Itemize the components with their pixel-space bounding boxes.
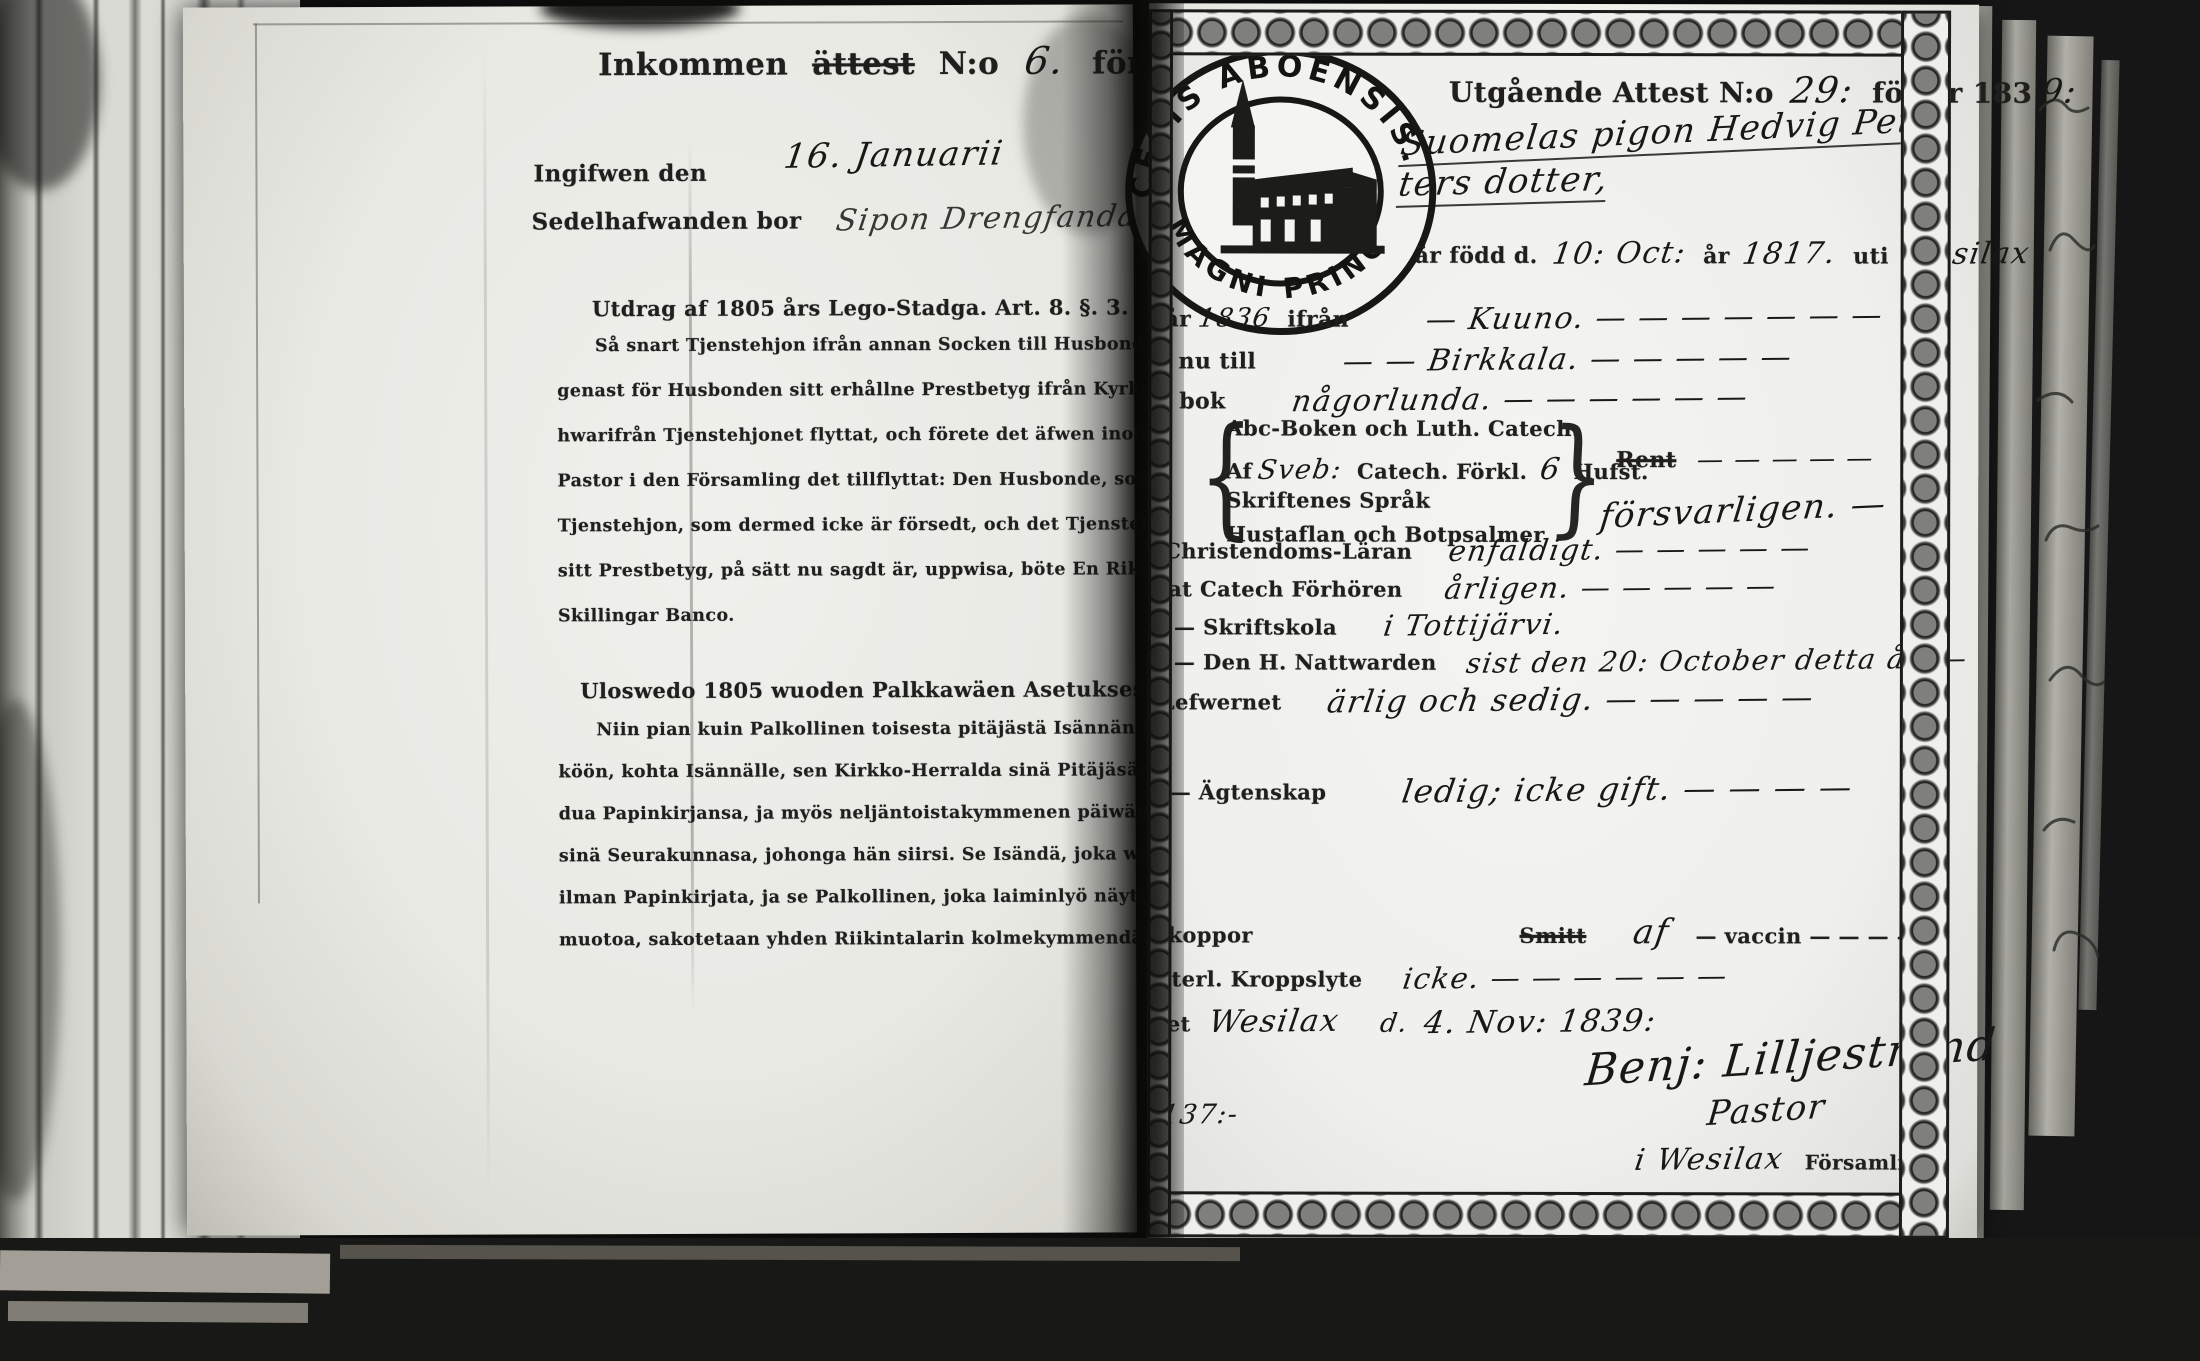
catechism-line2-label2: Catech. Förkl. [1357, 459, 1527, 484]
ornament-border-left [1147, 9, 1173, 1237]
bearer-label: Sedelhafwanden bor [532, 208, 802, 236]
catechism-line2-label: Af [1226, 458, 1252, 483]
received-date-handwritten: 16. Januarii [781, 133, 1006, 176]
paragraph-line: genast för Husbonden sitt erhållne Prest… [557, 379, 1157, 426]
person-name-handwritten: ters dotter, [1396, 159, 1611, 208]
page-edge-crease [128, 0, 142, 1361]
attestation-d-label: d. [1378, 1009, 1410, 1039]
title-no-label: N:o [939, 46, 1000, 82]
received-date-row: Ingifwen den 16. Januarii [533, 149, 1003, 191]
conduct-value-handwritten: ärlig och sedig. — — — — — [1325, 679, 1817, 720]
marital-status-row: — Ägtenskap ledig; icke gift. — — — — [1170, 769, 1853, 808]
left-page: Inkommen ättest N:o 6. för år 18 40 Ingi… [183, 4, 1137, 1235]
attest-title: Utgående Attest N:o 29: för år 183 9: [1449, 70, 2078, 112]
born-date-handwritten: 10: Oct: [1550, 235, 1689, 271]
communion-date-handwritten: sist den 20: October detta år. — [1465, 642, 1971, 680]
page-edge-strip [340, 1245, 1240, 1261]
communion-label: — Den H. Nattwarden [1174, 649, 1437, 674]
smallpox-struck-word: Smitt [1520, 923, 1587, 948]
born-place-label: uti [1853, 244, 1889, 270]
finnish-extract-paragraph: Niin pian kuin Palkollinen toisesta pitä… [558, 718, 1159, 972]
attest-title-label: Utgående Attest N:o [1449, 76, 1774, 110]
confirmation-school-label: — Skriftskola [1174, 614, 1337, 639]
christendom-value-handwritten: enfaldigt. — — — — — [1446, 530, 1813, 568]
swedish-extract-heading: Utdrag af 1805 års Lego-Stadga. Art. 8. … [592, 294, 1129, 321]
moved-to-place-handwritten: — — Birkkala. — — — — — [1340, 340, 1795, 380]
confirmation-school-row: — Skriftskola i Tottijärvi. [1174, 607, 1564, 642]
bearer-row: Sedelhafwanden bor Sipon Drengfanda d. [532, 200, 1180, 237]
moved-to-row: r nu till — — Birkkala. — — — — — [1158, 341, 1791, 377]
parish-row: i Wesilax Församling. [1635, 1142, 1942, 1178]
ornament-border-right [1899, 11, 1951, 1239]
scan-bottom-band [0, 1238, 2200, 1361]
paper-crease [483, 47, 490, 1197]
signature-title-handwritten: Pastor [1705, 1087, 1827, 1135]
title-word: Inkommen [598, 47, 788, 84]
page-edge-crease [160, 0, 166, 1361]
scan-shadow [0, 0, 100, 190]
bodily-defect-label: tterl. Kroppslyte [1161, 966, 1362, 991]
smallpox-row: koppor Smitt af — vaccin — — — — [1167, 911, 1918, 952]
archival-scan: Inkommen ättest N:o 6. för år 18 40 Ingi… [0, 0, 2200, 1361]
bodily-defect-row: tterl. Kroppslyte icke. — — — — — — [1161, 959, 1727, 994]
pastor-title: Pastor [1706, 1087, 1826, 1133]
person-name-line2: ters dotter, [1398, 160, 1608, 206]
parish-handwritten: i Wesilax [1632, 1141, 1786, 1178]
grade-handwritten: försvarligen. — [1598, 484, 1889, 537]
moved-from-row: år 1836 ifrån — Kuuno. — — — — — — — [1165, 299, 1883, 335]
moved-to-label: r nu till [1158, 348, 1256, 374]
paragraph-line: hwarifrån Tjenstehjonet flyttat, och för… [557, 424, 1157, 471]
paragraph-line: sitt Prestbetyg, på sätt nu sagdt är, up… [558, 559, 1158, 606]
marital-status-value-handwritten: ledig; icke gift. — — — — [1400, 768, 1856, 811]
marital-status-label: — Ägtenskap [1170, 779, 1327, 804]
catechism-grade-row: försvarligen. — [1600, 486, 1887, 535]
moved-from-place-handwritten: — Kuuno. — — — — — — — [1423, 298, 1885, 338]
ornament-border-top [1153, 9, 1951, 56]
smallpox-vaccin-label: — vaccin — — — — [1696, 923, 1919, 948]
paragraph-line: Så snart Tjenstehjon ifrån annan Socken … [557, 334, 1157, 381]
scan-shadow [0, 700, 60, 1200]
attest-number-handwritten: 6. [1022, 38, 1068, 83]
catechism-line3: Skriftenes Språk [1226, 487, 1430, 512]
catechism-exams-label: tat Catech Förhören [1158, 576, 1403, 601]
paragraph-line: Pastor i den Församling det tillflyttat:… [557, 469, 1157, 516]
paragraph-line: muotoa, sakotetaan yhden Riikintalarin k… [559, 928, 1159, 972]
christendom-label: Christendoms-Läran [1164, 538, 1412, 563]
reads-in-book-value-handwritten: någorlunda. — — — — — — [1290, 380, 1751, 420]
communion-row: — Den H. Nattwarden sist den 20: October… [1174, 643, 1968, 677]
person-name-line1: Suomelas pigon Hedvig Pet- [1400, 103, 1926, 163]
ornament-border-bottom [1151, 1191, 1949, 1238]
paragraph-line: dua Papinkirjansa, ja myös neljäntoistak… [559, 802, 1159, 846]
paragraph-line: sinä Seurakunnasa, johonga hän siirsi. S… [559, 844, 1159, 888]
title-struck-word: ättest [812, 46, 915, 82]
attestation-date-row: ret Wesilax d. 4. Nov: 1839: [1155, 1003, 1656, 1040]
stray-handwriting-fragments [2020, 70, 2170, 1070]
paragraph-line: Skillingar Banco. [558, 604, 1158, 651]
catechism-grade-struck-row: Rent — — — — — [1616, 444, 1874, 474]
swedish-extract-paragraph: Så snart Tjenstehjon ifrån annan Socken … [557, 334, 1158, 651]
conduct-row: Lefwernet ärlig och sedig. — — — — — [1160, 681, 1814, 718]
page-edge-crease [92, 0, 100, 1361]
right-page-stack [1960, 0, 2200, 1361]
catechism-line1: Abc-Boken och Luth. Catech. [1226, 415, 1579, 441]
paragraph-line: Niin pian kuin Palkollinen toisesta pitä… [558, 718, 1158, 762]
conduct-label: Lefwernet [1160, 689, 1282, 714]
confirmation-school-value-handwritten: i Tottijärvi. [1381, 607, 1567, 643]
bodily-defect-value-handwritten: icke. — — — — — — [1400, 958, 1730, 995]
sheet-edge-line [255, 23, 260, 903]
dash-run: — — — — — [1695, 443, 1876, 475]
paragraph-line: Tjenstehjon, som dermed icke är försedt,… [558, 514, 1158, 561]
christendom-row: Christendoms-Läran enfaldigt. — — — — — [1164, 531, 1810, 566]
page-edge-strip [0, 1250, 330, 1293]
received-label: Ingifwen den [533, 160, 707, 188]
paragraph-line: köön, kohta Isännälle, sen Kirkko-Herral… [558, 760, 1158, 804]
right-page-attest: CESIS ABOENSIS. MAGNI PRINC [1147, 3, 1979, 1248]
born-label: är född d. [1415, 243, 1538, 269]
attestation-date-handwritten: 4. Nov: 1839: [1422, 1003, 1660, 1041]
attest-year-digit-handwritten: 9: [2038, 72, 2080, 112]
page-edge-strip [8, 1301, 308, 1323]
smallpox-label: koppor [1167, 922, 1252, 947]
paragraph-line: ilman Papinkirjata, ja se Palkollinen, j… [559, 886, 1159, 930]
attestation-place-handwritten: Wesilax [1207, 1003, 1342, 1040]
catechism-exams-value-handwritten: årligen. — — — — — [1442, 568, 1779, 605]
born-year-label: år [1703, 243, 1730, 269]
struck-grade-word: Rent [1616, 447, 1676, 473]
catechism-exams-row: tat Catech Förhören årligen. — — — — — [1158, 569, 1777, 604]
smallpox-af-handwritten: af [1630, 912, 1672, 952]
moved-from-year-handwritten: 1836 [1196, 303, 1273, 334]
moved-from-label2: ifrån [1287, 307, 1349, 333]
born-year-handwritten: 1817. [1740, 236, 1839, 272]
catechism-author-handwritten: Sveb: [1256, 454, 1344, 486]
